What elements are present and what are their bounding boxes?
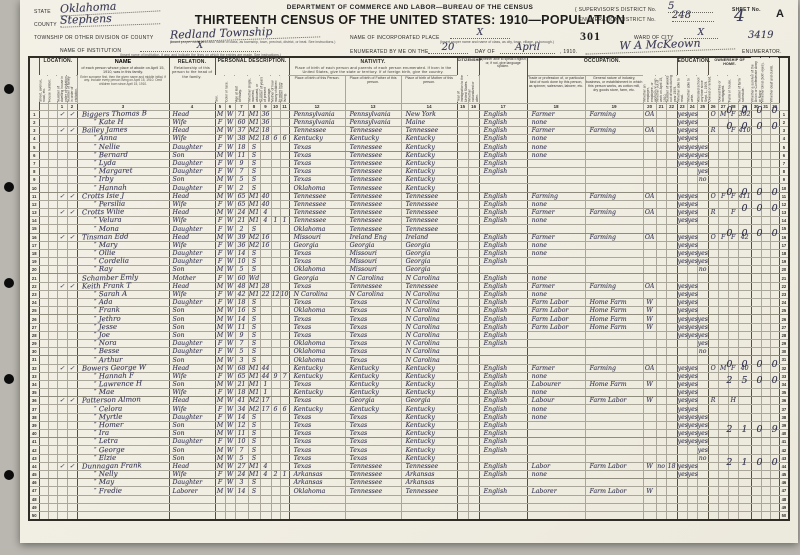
cell-on <box>708 118 718 126</box>
row-number: 11 <box>29 192 39 200</box>
cell-oc <box>527 339 585 347</box>
cell-fh <box>728 241 738 249</box>
row-number: 7 <box>29 159 39 167</box>
cell-fh <box>728 290 738 298</box>
cell-nm: ″ Margaret <box>77 168 169 176</box>
cell-sv <box>751 446 761 454</box>
cell-df <box>770 241 779 249</box>
cell-pf: Georgia <box>345 241 401 249</box>
cell-dw: ✓ <box>57 208 67 216</box>
cell-en: English <box>479 339 527 347</box>
cell-pf: Tennessee <box>345 192 401 200</box>
cell-sx <box>215 511 225 520</box>
cell-ag: 12 <box>235 421 248 429</box>
cell-in <box>585 446 643 454</box>
handwritten-entry: Son <box>173 307 185 314</box>
handwritten-entry: Texas <box>350 316 368 323</box>
cell-ym <box>260 446 271 454</box>
cell-sc <box>697 200 708 208</box>
cell-cl <box>280 168 289 176</box>
handwritten-entry: yes <box>698 422 708 429</box>
cell-bl <box>761 323 770 331</box>
handwritten-entry: W <box>227 389 233 396</box>
cell-cl <box>280 184 289 192</box>
cell-wr: yes <box>687 290 697 298</box>
cell-sc: yes <box>697 249 708 257</box>
cell-dw: ✓ <box>57 110 67 118</box>
cell-wr: yes <box>687 217 697 225</box>
cell-dw <box>57 446 67 454</box>
cell-ym <box>260 168 271 176</box>
cell-in <box>585 430 643 438</box>
cell-en: English <box>479 397 527 405</box>
cell-na <box>468 438 479 446</box>
cell-bl <box>761 299 770 307</box>
census-row: 38″ MyrtleDaughterFW14STexasTexasKentuck… <box>29 413 789 421</box>
cell-dw: ✓ <box>57 192 67 200</box>
hole-punch <box>4 278 14 288</box>
cell-ms: M1 <box>248 282 260 290</box>
cell-hn <box>48 348 57 356</box>
row-number: 20 <box>779 266 789 274</box>
cell-rd <box>677 511 687 520</box>
row-number: 8 <box>29 168 39 176</box>
cell-cz <box>643 217 656 225</box>
cell-pm: Kentucky <box>401 438 457 446</box>
cell-pm: Tennessee <box>401 217 457 225</box>
cell-pf: Kentucky <box>345 364 401 372</box>
cell-fm <box>67 299 77 307</box>
institution-label: NAME OF INSTITUTION <box>60 48 121 54</box>
handwritten-entry: W <box>227 471 233 478</box>
cell-cr: W <box>225 118 235 126</box>
column-header <box>29 57 39 110</box>
handwritten-entry: S <box>252 316 256 323</box>
cell-in <box>585 249 643 257</box>
cell-iy <box>457 290 468 298</box>
cell-rl: Head <box>169 127 215 135</box>
handwritten-entry: yes <box>688 332 698 339</box>
handwritten-entry: yes <box>678 373 688 380</box>
handwritten-entry: S <box>252 447 256 454</box>
cell-pf: Tennessee <box>345 168 401 176</box>
cell-cz <box>643 290 656 298</box>
cell-cr: W <box>225 397 235 405</box>
cell-sc <box>697 389 708 397</box>
cell-rd <box>677 266 687 274</box>
handwritten-entry: M <box>217 447 223 454</box>
cell-ow <box>656 389 666 397</box>
handwritten-entry: W <box>227 365 233 372</box>
cell-dw <box>57 217 67 225</box>
cell-in: Farming <box>585 364 643 372</box>
cell-wk <box>666 118 677 126</box>
handwritten-entry: M <box>217 381 223 388</box>
cell-mg <box>718 487 728 495</box>
handwritten-entry: OA <box>645 127 655 134</box>
cell-pf: Kentucky <box>345 380 401 388</box>
cell-cz <box>643 118 656 126</box>
row-number: 22 <box>779 282 789 290</box>
cell-st <box>39 200 48 208</box>
handwritten-entry: yes <box>688 471 698 478</box>
cell-ag: 27 <box>235 462 248 470</box>
cell-sc <box>697 470 708 478</box>
cell-ms: S <box>248 348 260 356</box>
cell-bl <box>761 266 770 274</box>
cell-cz <box>643 331 656 339</box>
handwritten-entry: English <box>484 422 508 429</box>
cell-in: Farming <box>585 127 643 135</box>
cell-pb: Kentucky <box>289 372 345 380</box>
cell-rd: yes <box>677 299 687 307</box>
cell-ag: 48 <box>235 282 248 290</box>
handwritten-tally-marks: 0 0 0 0 <box>726 189 780 196</box>
cell-na <box>468 159 479 167</box>
row-number: 21 <box>29 274 39 282</box>
cell-fm: ✓ <box>67 208 77 216</box>
cell-hn <box>48 176 57 184</box>
handwritten-entry: Wife <box>173 406 187 413</box>
column-header: Whether deaf and dumb. <box>770 57 779 103</box>
cell-rd: yes <box>677 380 687 388</box>
handwritten-entry: Tennessee <box>350 144 383 151</box>
cell-hn <box>48 503 57 511</box>
cell-fh: F <box>728 208 738 216</box>
handwritten-entry: F <box>721 234 725 241</box>
handwritten-entry: W <box>227 185 233 192</box>
sheet-suffix: A <box>776 8 784 20</box>
cell-sx: M <box>215 364 225 372</box>
cell-pm: N Carolina <box>401 323 457 331</box>
cell-cr: W <box>225 290 235 298</box>
handwritten-entry: 12 <box>238 422 246 429</box>
cell-ag: 7 <box>235 446 248 454</box>
cell-ag: 71 <box>235 110 248 118</box>
row-number: 26 <box>29 315 39 323</box>
cell-bl <box>761 389 770 397</box>
cell-pm: Kentucky <box>401 446 457 454</box>
cell-sv <box>751 282 761 290</box>
cell-ow <box>656 143 666 151</box>
handwritten-entry: 68 <box>238 365 246 372</box>
handwritten-entry: S <box>252 340 256 347</box>
cell-ms: M1 <box>248 192 260 200</box>
cell-sc <box>697 364 708 372</box>
row-number: 46 <box>29 479 39 487</box>
cell-mg <box>718 348 728 356</box>
cell-rd: yes <box>677 208 687 216</box>
cell-df <box>770 217 779 225</box>
handwritten-entry: M <box>217 324 223 331</box>
cell-fm <box>67 356 77 364</box>
row-number: 20 <box>29 266 39 274</box>
column-header: Sex. <box>215 75 225 103</box>
handwritten-entry: M1 <box>249 381 259 388</box>
cell-ym: 17 <box>260 405 271 413</box>
cell-iy <box>457 135 468 143</box>
cell-ow <box>656 397 666 405</box>
cell-sc: no <box>697 176 708 184</box>
cell-sn <box>738 397 751 405</box>
cell-pf: Missouri <box>345 266 401 274</box>
cell-on <box>708 372 718 380</box>
cell-nm: ″ May <box>77 479 169 487</box>
cell-sc <box>697 118 708 126</box>
cell-dw <box>57 454 67 462</box>
cell-cb <box>271 282 280 290</box>
handwritten-entry: W <box>227 152 233 159</box>
cell-ag: 34 <box>235 405 248 413</box>
census-row: 8″ MargaretDaughterFW7STexasTennesseeKen… <box>29 168 789 176</box>
handwritten-entry: ″ May <box>93 479 113 486</box>
cell-oc <box>527 176 585 184</box>
cell-hn <box>48 315 57 323</box>
handwritten-entry: no <box>699 348 707 355</box>
handwritten-entry: Kentucky <box>294 406 323 413</box>
cell-en <box>479 266 527 274</box>
cell-iy <box>457 127 468 135</box>
cell-iy <box>457 307 468 315</box>
cell-oc <box>527 356 585 364</box>
cell-pm <box>401 495 457 503</box>
handwritten-entry: Georgia <box>406 397 431 404</box>
census-row: 28″ JoeSonMW9STexasTexasN CarolinaEnglis… <box>29 331 789 339</box>
cell-ag: 24 <box>235 208 248 216</box>
cell-in <box>585 356 643 364</box>
census-row: 43″ ElzieSonMW5STexasTexasKentuckyno43 <box>29 454 789 462</box>
cell-na <box>468 389 479 397</box>
handwritten-entry: M1 <box>249 283 259 290</box>
cell-fm <box>67 380 77 388</box>
column-header: 13 <box>345 103 401 110</box>
cell-sn <box>738 290 751 298</box>
handwritten-entry: Texas <box>294 316 312 323</box>
cell-rd: yes <box>677 372 687 380</box>
cell-st <box>39 389 48 397</box>
cell-na <box>468 241 479 249</box>
cell-sc <box>697 511 708 520</box>
column-header: 11 <box>280 103 289 110</box>
cell-sc <box>697 487 708 495</box>
handwritten-entry: Tennessee <box>350 488 383 495</box>
cell-sn <box>738 470 751 478</box>
cell-sv <box>751 143 761 151</box>
cell-ag: 2 <box>235 225 248 233</box>
cell-cb <box>271 389 280 397</box>
cell-fh <box>728 176 738 184</box>
cell-rl: Head <box>169 110 215 118</box>
handwritten-entry: Tennessee <box>406 283 439 290</box>
column-header: 18 <box>527 103 585 110</box>
handwritten-entry: M <box>217 209 223 216</box>
cell-wk <box>666 430 677 438</box>
cell-iy <box>457 118 468 126</box>
hole-punch <box>4 374 14 384</box>
cell-cr: W <box>225 339 235 347</box>
cell-ym: 16 <box>260 241 271 249</box>
cell-nm: ″ Cordelia <box>77 258 169 266</box>
cell-bl <box>761 511 770 520</box>
column-header: Color or race. <box>225 75 235 103</box>
handwritten-entry: M <box>217 422 223 429</box>
handwritten-entry: yes <box>678 307 688 314</box>
cell-nm: Dunnagan Frank <box>77 462 169 470</box>
cell-hn <box>48 421 57 429</box>
handwritten-entry: N Carolina <box>406 348 440 355</box>
cell-dw <box>57 307 67 315</box>
handwritten-entry: M <box>217 357 223 364</box>
cell-on <box>708 290 718 298</box>
handwritten-entry: W <box>227 111 233 118</box>
column-header: Number of farm schedule. <box>738 75 751 103</box>
handwritten-entry: M1 <box>249 193 259 200</box>
cell-on <box>708 446 718 454</box>
cell-on <box>708 135 718 143</box>
cell-rd <box>677 184 687 192</box>
cell-cb <box>271 118 280 126</box>
cell-iy <box>457 421 468 429</box>
handwritten-entry: 18 <box>262 127 270 134</box>
cell-dw <box>57 356 67 364</box>
cell-sx: F <box>215 184 225 192</box>
cell-ms: Wd <box>248 274 260 282</box>
cell-ym: 36 <box>260 118 271 126</box>
cell-rl: Head <box>169 282 215 290</box>
cell-ms: M1 <box>248 200 260 208</box>
cell-ow <box>656 225 666 233</box>
cell-sc: yes <box>697 446 708 454</box>
cell-sx: M <box>215 208 225 216</box>
handwritten-entry: ″ Arthur <box>93 356 122 364</box>
handwritten-entry: F <box>218 185 222 192</box>
cell-ag: 9 <box>235 331 248 339</box>
cell-iy <box>457 249 468 257</box>
cell-cl <box>280 462 289 470</box>
handwritten-entry: S <box>252 307 256 314</box>
cell-oc: Farmer <box>527 364 585 372</box>
cell-df: 2 1 0 9 <box>770 430 779 438</box>
cell-rl: Daughter <box>169 159 215 167</box>
handwritten-entry: Head <box>173 193 190 200</box>
cell-ms: S <box>248 413 260 421</box>
cell-ow <box>656 110 666 118</box>
handwritten-entry: Texas <box>350 348 368 355</box>
cell-nm: ″ Fredie <box>77 487 169 495</box>
cell-sc <box>697 307 708 315</box>
cell-sc <box>697 274 708 282</box>
cell-dw <box>57 266 67 274</box>
handwritten-entry: Tennessee <box>294 201 327 208</box>
cell-on: R <box>708 127 718 135</box>
cell-nm: ″ Anna <box>77 135 169 143</box>
handwritten-entry: yes <box>698 414 708 421</box>
handwritten-entry: O <box>711 193 716 200</box>
cell-sc: yes <box>697 168 708 176</box>
handwritten-entry: Farmer <box>532 111 555 118</box>
handwritten-entry: Home Farm <box>590 324 627 331</box>
cell-nm: ″ Jethro <box>77 315 169 323</box>
handwritten-entry: none <box>532 152 547 159</box>
cell-fm: ✓ <box>67 364 77 372</box>
handwritten-entry: Tennessee <box>350 209 383 216</box>
handwritten-entry: F <box>218 135 222 142</box>
handwritten-entry: yes <box>688 307 698 314</box>
handwritten-entry: 4 <box>264 463 268 470</box>
cell-oc: Labor <box>527 462 585 470</box>
handwritten-entry: M1 <box>249 111 259 118</box>
cell-fm <box>67 258 77 266</box>
cell-oc <box>527 258 585 266</box>
handwritten-entry: W <box>227 127 233 134</box>
cell-sn <box>738 151 751 159</box>
cell-ow <box>656 421 666 429</box>
cell-sc: no <box>697 454 708 462</box>
cell-fh <box>728 511 738 520</box>
cell-hn <box>48 118 57 126</box>
cell-pb: Arkansas <box>289 479 345 487</box>
cell-ag: 3 <box>235 356 248 364</box>
handwritten-entry: Arkansas <box>294 479 323 486</box>
cell-ag: 37 <box>235 127 248 135</box>
cell-cl <box>280 266 289 274</box>
cell-cb <box>271 143 280 151</box>
cell-sc <box>697 299 708 307</box>
cell-on <box>708 266 718 274</box>
cell-cb <box>271 356 280 364</box>
cell-iy <box>457 200 468 208</box>
cell-en: English <box>479 331 527 339</box>
cell-ag: 39 <box>235 233 248 241</box>
cell-df <box>770 495 779 503</box>
handwritten-entry: S <box>252 422 256 429</box>
cell-iy <box>457 454 468 462</box>
cell-dw <box>57 380 67 388</box>
row-number: 45 <box>779 470 789 478</box>
cell-pf: Tennessee <box>345 487 401 495</box>
census-row: 42″ GeorgeSonMW7STexasTexasKentuckyEngli… <box>29 446 789 454</box>
cell-pf: Texas <box>345 315 401 323</box>
column-header: Number of weeks out of work during year … <box>666 75 677 103</box>
cell-pf: Kentucky <box>345 372 401 380</box>
cell-oc <box>527 348 585 356</box>
cell-df: 0 0 0 0 <box>770 233 779 241</box>
row-number: 45 <box>29 470 39 478</box>
handwritten-entry: Georgia <box>294 242 319 249</box>
cell-cr: W <box>225 405 235 413</box>
cell-sx: M <box>215 462 225 470</box>
cell-ag: 18 <box>235 143 248 151</box>
cell-cl: 6 <box>280 405 289 413</box>
cell-fm: ✓ <box>67 233 77 241</box>
cell-in <box>585 266 643 274</box>
cell-ms: S <box>248 315 260 323</box>
cell-fh <box>728 274 738 282</box>
cell-bl <box>761 331 770 339</box>
cell-pf: Tennessee <box>345 479 401 487</box>
handwritten-entry: Texas <box>350 357 368 364</box>
handwritten-entry: 1 <box>264 389 268 396</box>
cell-pb: Oklahoma <box>289 339 345 347</box>
cell-ow <box>656 135 666 143</box>
cell-dw <box>57 184 67 192</box>
cell-ag: 11 <box>235 151 248 159</box>
cell-na <box>468 315 479 323</box>
column-header: 10 <box>271 103 280 110</box>
cell-wr: yes <box>687 438 697 446</box>
cell-ym <box>260 495 271 503</box>
cell-in: Farm Labor <box>585 462 643 470</box>
